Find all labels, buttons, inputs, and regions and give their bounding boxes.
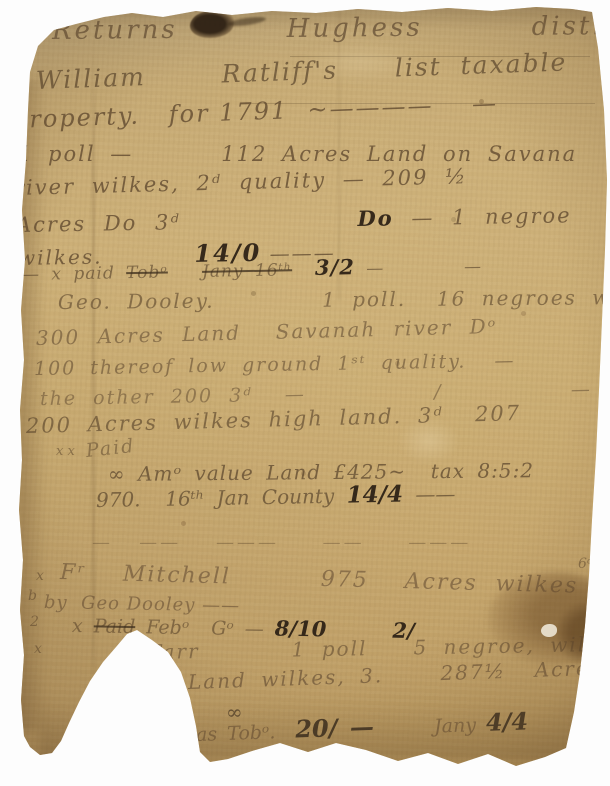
handwriting-text: Jany [373,714,486,740]
margin-mark: 2 [30,614,39,630]
torn-manuscript-paper: Returns Hughess district William Ratliff… [0,0,610,786]
handwriting-text: Febᵒ Gᵒ — [135,616,275,640]
handwriting-text: — —— ——— —— ——— [92,532,471,553]
handwriting-text: Paid [85,435,137,462]
foxing-specks [0,0,3,3]
handwriting-line: Acres Do 3ᵈ Do — 1 negroe [16,202,572,237]
dashed-separator-line: — —— ——— —— ——— [92,532,471,553]
handwriting-text: as Tobᵒ. [196,721,296,746]
handwriting-text: —— [403,482,456,507]
handwriting-text: property. for 1791 ~———— — [12,89,499,134]
handwriting-text-dark: 3/2 [315,254,355,280]
handwriting-text-struck: Tobᵒ [126,262,168,283]
margin-mark: 6ᵈ [578,556,593,572]
handwriting-line: as Tobᵒ. 20/ — Jany 4/4 [195,706,528,747]
handwriting-text: 970. 16ᵗʰ Jan County [96,484,347,512]
handwriting-line: 1 poll — 112 Acres Land on Savana [18,142,577,166]
handwriting-text: — 1 negroe [393,203,571,230]
handwriting-text: 100 thereof low ground 1ˢᵗ quality. — [34,350,516,380]
handwriting-line: river wilkes, 2ᵈ quality — 209 ½ [14,164,468,200]
scan-background: Returns Hughess district William Ratliff… [0,0,610,786]
handwriting-line: 970. 16ᵗʰ Jan County 14/4 —— [96,480,456,513]
handwriting-text-dark: 14/4 [346,481,403,509]
handwriting-text: 300 Acres Land Savanah river Dᵒ [36,314,498,350]
handwriting-text-struck: Paid [94,615,136,638]
handwriting-text-dark: 20/ — [295,712,374,744]
handwriting-text-dark: 4/4 [485,706,528,736]
handwriting-text: Geo. Dooley. 1 poll. 16 negroes wilkes [58,285,610,314]
handwriting-text: x [72,615,94,637]
handwriting-line: Geo. Dooley. 1 poll. 16 negroes wilkes [58,285,610,314]
handwriting-text: river wilkes, 2ᵈ quality — 209 ½ [14,164,468,200]
handwriting-text: Returns Hughess district [52,11,610,46]
margin-mark: b [28,588,37,604]
handwriting-text [168,262,203,283]
margin-mark: x [36,568,44,584]
handwriting-line-heading: Returns Hughess district [52,11,610,46]
handwriting-line: 300 Acres Land Savanah river Dᵒ [36,314,498,350]
handwriting-text: William Ratliff's list taxable [35,47,567,95]
handwriting-text: — x paid [22,263,126,285]
handwriting-line: William Ratliff's list taxable [35,47,567,95]
margin-mark: x x [56,444,75,459]
handwriting-line: 100 thereof low ground 1ˢᵗ quality. — [34,350,516,380]
handwriting-text: 1 poll — 112 Acres Land on Savana [18,142,577,166]
handwriting-text: — — [355,257,483,279]
handwriting-text-dark: Do [357,205,394,231]
handwriting-text [292,260,315,280]
handwriting-text: Acres Do 3ᵈ [16,207,358,237]
handwriting-line: property. for 1791 ~———— — [12,89,499,134]
margin-mark: x [34,641,42,657]
handwriting-text-struck: Jany 16ᵗʰ [202,260,292,282]
handwriting-line: Paid [85,435,137,462]
